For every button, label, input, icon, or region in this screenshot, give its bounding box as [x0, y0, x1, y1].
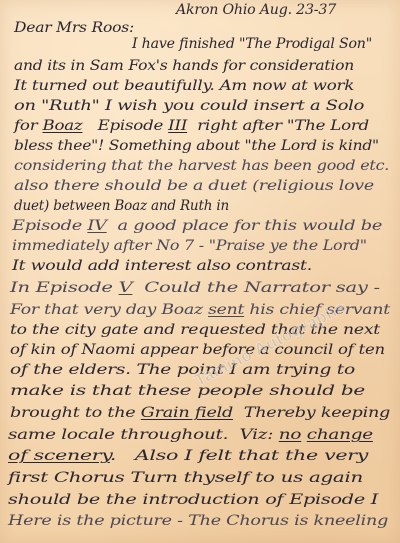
letter-line-21: of scenery. Also I felt that the very: [8, 448, 368, 464]
text-segment: For that very day Boaz: [10, 302, 208, 318]
underlined-of-scenery: of scenery: [8, 448, 110, 464]
letter-line-16: of kin of Naomi appear before a council …: [10, 342, 385, 358]
text-segment: In Episode: [10, 280, 119, 296]
letter-line-24: Here is the picture - The Chorus is knee…: [8, 513, 388, 529]
underlined-no: no: [279, 427, 301, 443]
salutation: Dear Mrs Roos:: [14, 20, 134, 36]
underlined-episode-number: III: [168, 118, 187, 134]
text-segment: brought to the: [10, 405, 141, 421]
letter-line-15: to the city gate and requested that the …: [10, 322, 380, 338]
text-segment: right after "The Lord: [187, 118, 369, 134]
letter-line-2: and its in Sam Fox's hands for considera…: [14, 58, 354, 74]
letter-line-18: make is that these people should be: [10, 383, 365, 399]
letter-line-3: It turned out beautifully. Am now at wor…: [14, 78, 354, 94]
letter-line-17: of the elders. The point I am trying to: [10, 362, 355, 378]
letter-page: Akron Ohio Aug. 23-37 Dear Mrs Roos: I h…: [0, 0, 400, 543]
text-segment: Episode: [82, 118, 168, 134]
letter-line-5: for Boaz Episode III right after "The Lo…: [14, 118, 369, 134]
place-date: Akron Ohio Aug. 23-37: [176, 2, 336, 18]
text-segment: a good place for this would be: [107, 218, 382, 234]
underlined-change: change: [307, 427, 373, 443]
text-segment: Could the Narrator say -: [132, 280, 379, 296]
text-segment: Episode: [12, 218, 87, 234]
letter-line-12: It would add interest also contrast.: [12, 258, 312, 274]
letter-line-13: In Episode V Could the Narrator say -: [10, 280, 380, 296]
text-segment: same locale throughout. Viz:: [8, 427, 279, 443]
underlined-grain-field: Grain field: [141, 405, 233, 421]
letter-line-23: should be the introduction of Episode I: [8, 492, 378, 508]
letter-line-11: immediately after No 7 - "Praise ye the …: [12, 238, 367, 254]
underlined-boaz: Boaz: [42, 118, 82, 134]
letter-line-7: considering that the harvest has been go…: [14, 158, 389, 174]
text-segment: for: [14, 118, 42, 134]
letter-line-8: also there should be a duet (religious l…: [14, 178, 374, 194]
underlined-episode-number: IV: [87, 218, 106, 234]
text-segment: Thereby keeping: [233, 405, 390, 421]
letter-line-4: on "Ruth" I wish you could insert a Solo: [14, 98, 364, 114]
text-segment: his chief servant: [244, 302, 390, 318]
underlined-sent: sent: [208, 302, 244, 318]
letter-line-9: duet) between Boaz and Ruth in: [14, 198, 229, 214]
letter-line-10: Episode IV a good place for this would b…: [12, 218, 382, 234]
letter-line-14: For that very day Boaz sent his chief se…: [10, 302, 390, 318]
letter-line-6: bless thee"! Something about "the Lord i…: [14, 138, 379, 154]
letter-line-1: I have finished "The Prodigal Son": [132, 36, 372, 52]
text-segment: . Also I felt that the very: [110, 448, 368, 464]
letter-line-20: same locale throughout. Viz: no change: [8, 427, 373, 443]
letter-line-22: first Chorus Turn thyself to us again: [8, 470, 363, 486]
letter-line-19: brought to the Grain field Thereby keepi…: [10, 405, 390, 421]
underlined-episode-number: V: [119, 280, 133, 296]
